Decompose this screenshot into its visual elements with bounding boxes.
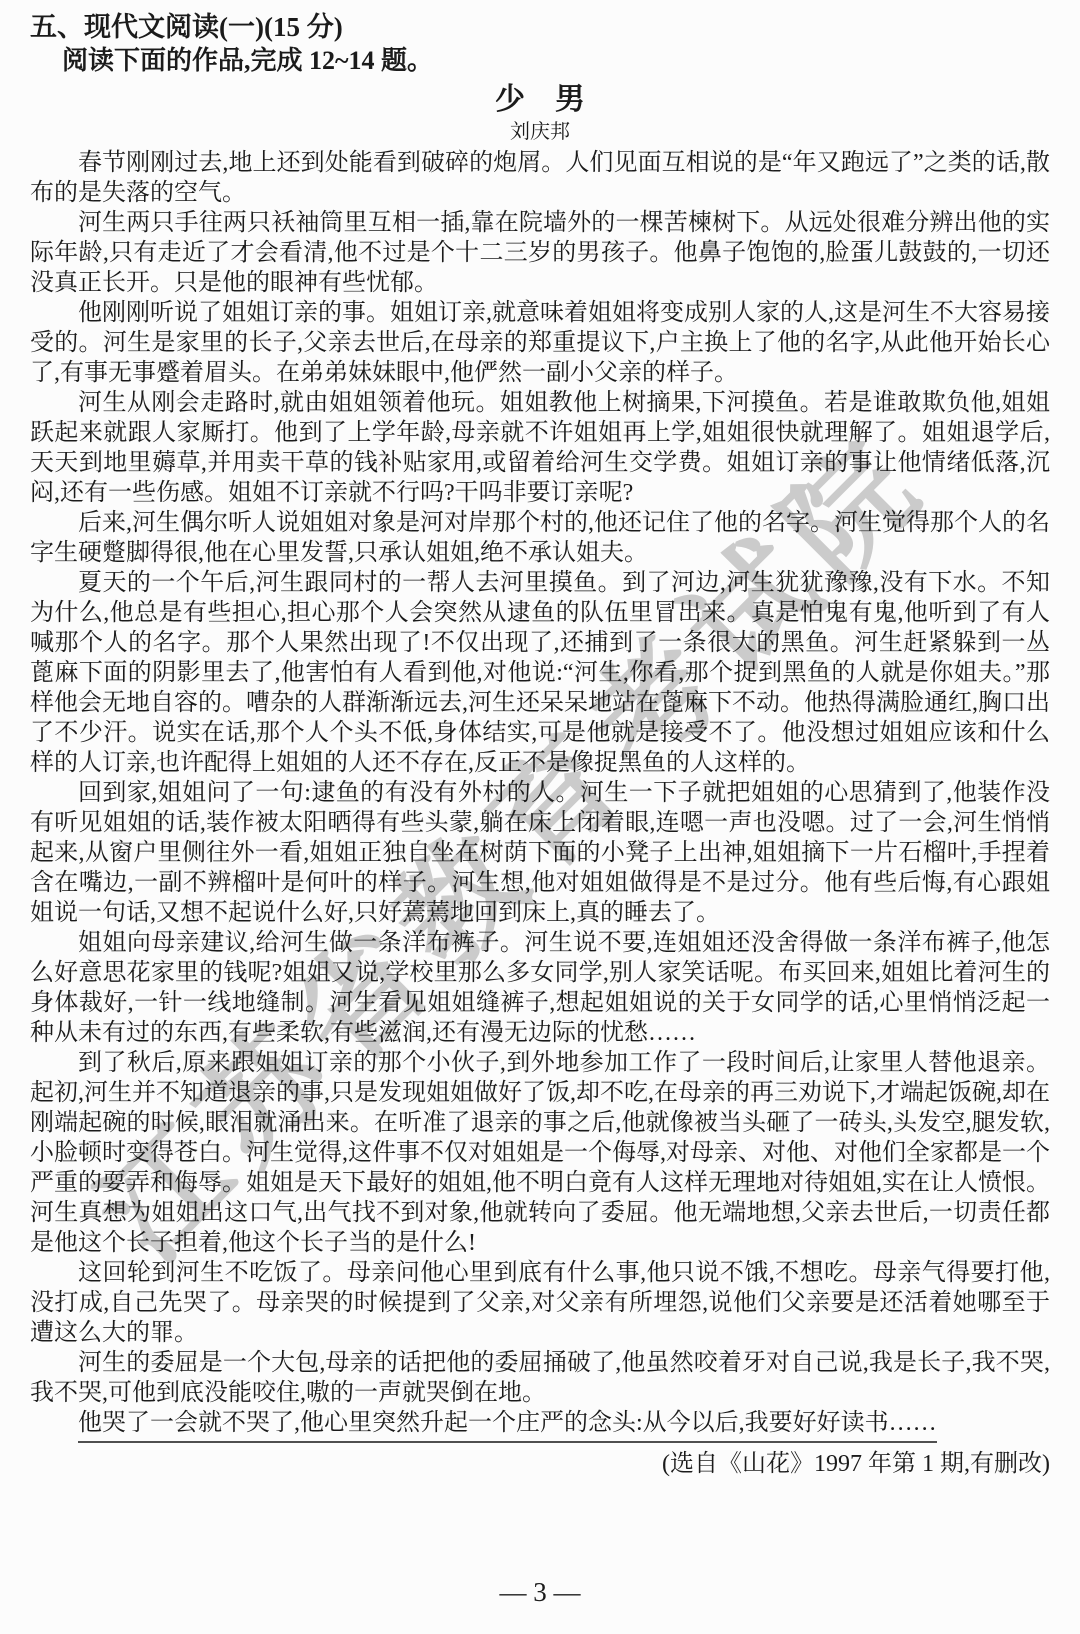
story-paragraph: 后来,河生偶尔听人说姐姐对象是河对岸那个村的,他还记住了他的名字。河生觉得那个人… <box>30 508 1050 568</box>
story-paragraph: 河生从刚会走路时,就由姐姐领着他玩。姐姐教他上树摘果,下河摸鱼。若是谁敢欺负他,… <box>30 388 1050 508</box>
story-paragraph: 到了秋后,原来跟姐姐订亲的那个小伙子,到外地参加工作了一段时间后,让家里人替他退… <box>30 1048 1050 1258</box>
story-paragraph: 他刚刚听说了姐姐订亲的事。姐姐订亲,就意味着姐姐将变成别人家的人,这是河生不大容… <box>30 298 1050 388</box>
story-paragraph-underlined: 他哭了一会就不哭了,他心里突然升起一个庄严的念头:从今以后,我要好好读书…… <box>30 1408 1050 1438</box>
story-paragraph: 河生的委屈是一个大包,母亲的话把他的委屈捅破了,他虽然咬着牙对自己说,我是长子,… <box>30 1348 1050 1408</box>
story-paragraph: 河生两只手往两只袄袖筒里互相一插,靠在院墙外的一棵苦楝树下。从远处很难分辨出他的… <box>30 208 1050 298</box>
story-title: 少 男 <box>30 80 1050 120</box>
page-content: 五、现代文阅读(一)(15 分) 阅读下面的作品,完成 12~14 题。 少 男… <box>30 10 1050 1480</box>
instruction-line: 阅读下面的作品,完成 12~14 题。 <box>30 44 1050 78</box>
story-body: 春节刚刚过去,地上还到处能看到破碎的炮屑。人们见面互相说的是“年又跑远了”之类的… <box>30 148 1050 1438</box>
page-number: — 3 — <box>0 1577 1080 1608</box>
underlined-sentence: 他哭了一会就不哭了,他心里突然升起一个庄严的念头:从今以后,我要好好读书…… <box>78 1410 937 1443</box>
story-paragraph: 这回轮到河生不吃饭了。母亲问他心里到底有什么事,他只说不饿,不想吃。母亲气得要打… <box>30 1258 1050 1348</box>
source-citation: (选自《山花》1997 年第 1 期,有删改) <box>30 1448 1050 1480</box>
story-paragraph: 夏天的一个午后,河生跟同村的一帮人去河里摸鱼。到了河边,河生犹犹豫豫,没有下水。… <box>30 568 1050 778</box>
story-author: 刘庆邦 <box>30 120 1050 144</box>
section-heading: 五、现代文阅读(一)(15 分) <box>30 10 1050 44</box>
exam-page: 江苏省教育考试院 五、现代文阅读(一)(15 分) 阅读下面的作品,完成 12~… <box>0 0 1080 1634</box>
story-paragraph: 春节刚刚过去,地上还到处能看到破碎的炮屑。人们见面互相说的是“年又跑远了”之类的… <box>30 148 1050 208</box>
story-paragraph: 姐姐向母亲建议,给河生做一条洋布裤子。河生说不要,连姐姐还没舍得做一条洋布裤子,… <box>30 928 1050 1048</box>
story-paragraph: 回到家,姐姐问了一句:逮鱼的有没有外村的人。河生一下子就把姐姐的心思猜到了,他装… <box>30 778 1050 928</box>
